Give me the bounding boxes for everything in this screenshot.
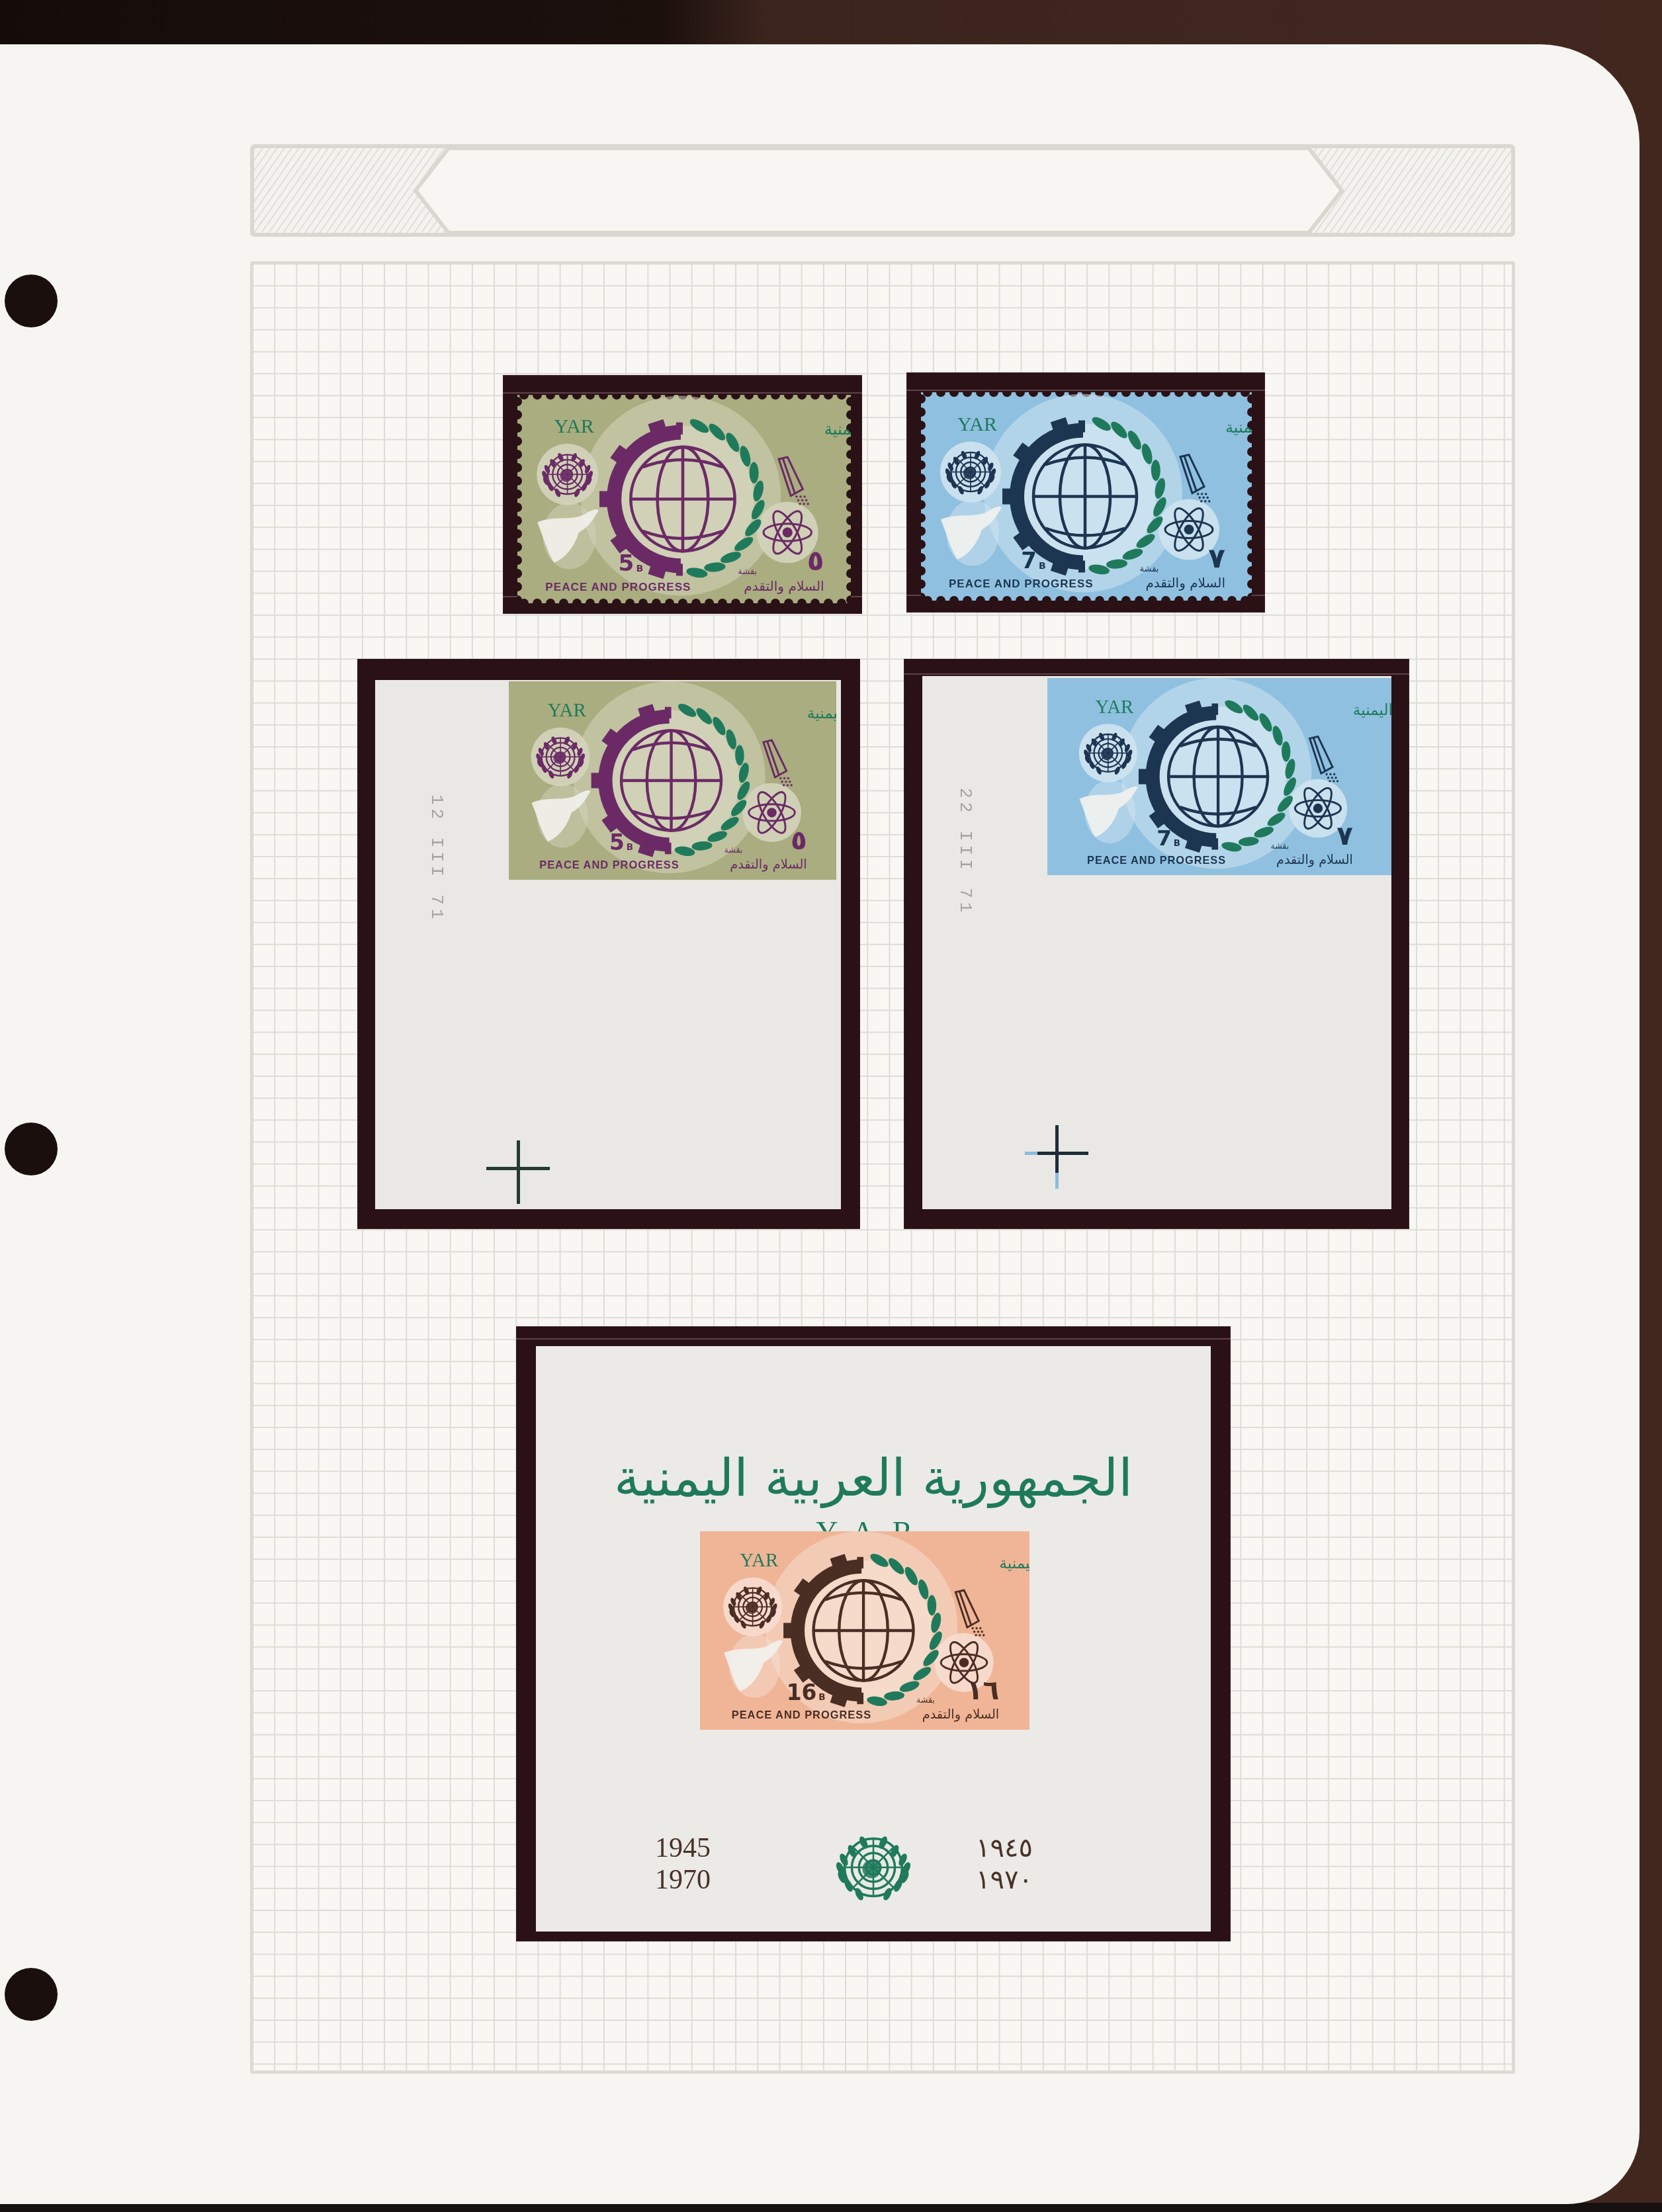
- globe-icon: [631, 447, 734, 551]
- header-title-plate: [416, 148, 1342, 233]
- denomination-currency: B: [636, 564, 643, 574]
- denomination-arabic: ٧: [1336, 820, 1353, 851]
- country-name-arabic: الجمهورية العربية اليمنية: [1353, 702, 1391, 719]
- stamp-7b-imperforate: YARالجمهورية العربية اليمنية7B٧PEACE AND…: [1047, 678, 1391, 875]
- binder-hole-middle: [5, 1123, 58, 1175]
- country-name-arabic: الجمهورية العربية اليمنية: [824, 420, 851, 439]
- years-arabic: ١٩٤٥ ١٩٧٠: [976, 1832, 1033, 1896]
- caption-arabic: السلام والتقدم: [1276, 852, 1353, 867]
- caption-arabic: السلام والتقدم: [744, 578, 824, 594]
- registration-cross-icon: [1025, 1125, 1088, 1189]
- caption-arabic: السلام والتقدم: [1145, 575, 1225, 591]
- caption-latin: PEACE AND PROGRESS: [1087, 855, 1226, 867]
- globe-icon: [814, 1581, 914, 1681]
- globe-icon: [1168, 727, 1268, 826]
- mount-souvenir-sheet: الجمهورية العربية اليمنية Y.A.R. YARالجم…: [516, 1326, 1231, 1941]
- denomination-currency: B: [1174, 839, 1180, 849]
- page-header-band: [250, 144, 1515, 237]
- denomination-currency: B: [818, 1692, 825, 1703]
- country-name-arabic: الجمهورية العربية اليمنية: [807, 704, 836, 722]
- mount-imperf-5b-corner: YARالجمهورية العربية اليمنية5B٥PEACE AND…: [357, 659, 860, 1229]
- souvenir-sheet: الجمهورية العربية اليمنية Y.A.R. YARالجم…: [536, 1346, 1211, 1932]
- caption-arabic: السلام والتقدم: [730, 857, 807, 872]
- denomination-currency: B: [627, 842, 633, 853]
- mount-stamp-5b: YARالجمهورية العربية اليمنية5B٥PEACE AND…: [503, 375, 862, 614]
- denomination-arabic: ١٦: [967, 1674, 1000, 1706]
- margin-date-imprint: 22 III 71: [955, 788, 975, 916]
- un-emblem-icon: [830, 1822, 916, 1915]
- caption-arabic-currency: بقشة: [724, 845, 743, 855]
- caption-arabic: السلام والتقدم: [922, 1707, 1000, 1722]
- country-name-latin: YAR: [1096, 697, 1134, 718]
- caption-latin: PEACE AND PROGRESS: [545, 580, 691, 593]
- caption-arabic-currency: بقشة: [738, 567, 757, 577]
- mount-imperf-7b-corner: YARالجمهورية العربية اليمنية7B٧PEACE AND…: [904, 659, 1409, 1229]
- years-latin: 1945 1970: [655, 1832, 711, 1896]
- binder-hole-bottom: [5, 1968, 58, 2021]
- caption-arabic-currency: بقشة: [916, 1695, 935, 1705]
- country-name-latin: YAR: [554, 415, 594, 437]
- country-name-latin: YAR: [740, 1550, 779, 1571]
- mount-stamp-7b: YARالجمهورية العربية اليمنية7B٧PEACE AND…: [906, 372, 1265, 613]
- caption-arabic-currency: بقشة: [1140, 564, 1159, 574]
- denomination-value: 16: [787, 1680, 817, 1705]
- denomination-value: 5: [609, 829, 625, 855]
- denomination-arabic: ٥: [807, 544, 824, 577]
- margin-date-imprint: 12 III 71: [427, 794, 447, 923]
- denomination-value: 7: [1021, 548, 1037, 574]
- stamp-16b-souvenir: YARالجمهورية العربية اليمنية16B١٦PEACE A…: [700, 1531, 1029, 1730]
- country-name-latin: YAR: [957, 413, 997, 435]
- caption-arabic-currency: بقشة: [1271, 841, 1290, 851]
- scan-background: [0, 2203, 1662, 2212]
- country-name-latin: YAR: [548, 700, 587, 721]
- registration-cross-icon: [486, 1140, 550, 1204]
- caption-latin: PEACE AND PROGRESS: [949, 577, 1094, 590]
- sheet-heading-arabic: الجمهورية العربية اليمنية: [536, 1449, 1211, 1508]
- denomination-arabic: ٧: [1208, 542, 1225, 574]
- stamp-5b-perforated: YARالجمهورية العربية اليمنية5B٥PEACE AND…: [517, 395, 851, 603]
- binder-hole-top: [5, 275, 58, 327]
- globe-icon: [1033, 445, 1137, 548]
- stamp-5b-imperforate: YARالجمهورية العربية اليمنية5B٥PEACE AND…: [509, 681, 836, 880]
- denomination-currency: B: [1039, 561, 1046, 572]
- denomination-value: 5: [619, 550, 634, 577]
- caption-latin: PEACE AND PROGRESS: [732, 1709, 871, 1721]
- globe-icon: [621, 731, 721, 831]
- country-name-arabic: الجمهورية العربية اليمنية: [999, 1554, 1029, 1572]
- country-name-arabic: الجمهورية العربية اليمنية: [1225, 418, 1252, 437]
- denomination-arabic: ٥: [791, 824, 807, 856]
- denomination-value: 7: [1157, 826, 1172, 851]
- caption-latin: PEACE AND PROGRESS: [539, 859, 679, 871]
- stamp-7b-perforated: YARالجمهورية العربية اليمنية7B٧PEACE AND…: [921, 392, 1252, 601]
